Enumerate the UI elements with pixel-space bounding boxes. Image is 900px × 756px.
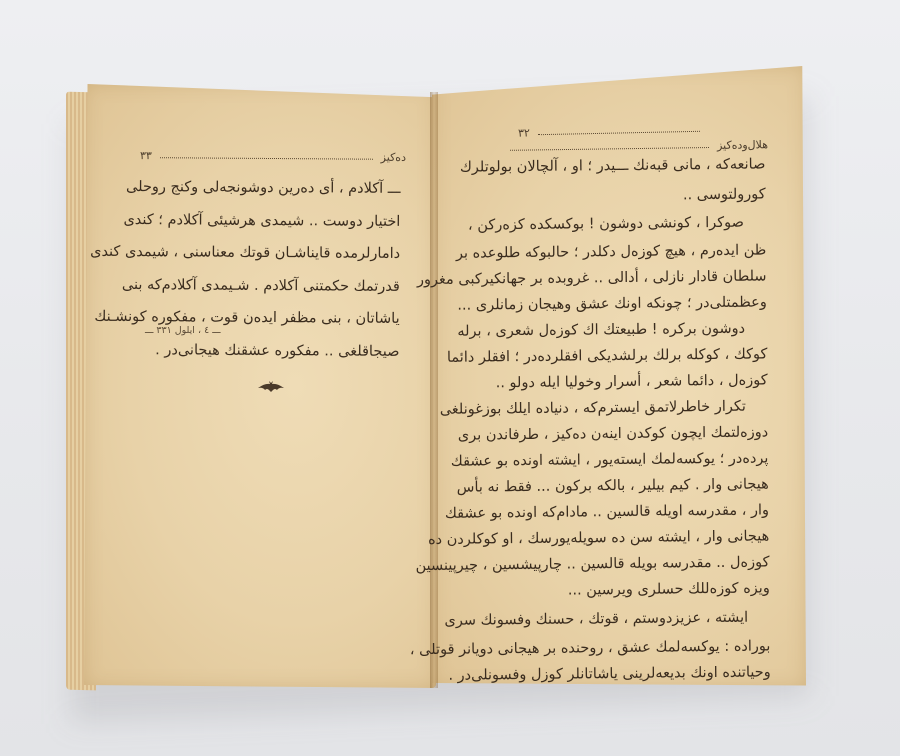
text-line: پرده‌در ؛ یوكسه‌لمك ایسته‌یور ، ایشته او… bbox=[470, 445, 768, 474]
book-gutter bbox=[430, 92, 438, 688]
text-line: دوشون بركره ! طبیعتك اك كوزه‌ل شعری ، بر… bbox=[469, 315, 767, 344]
bat-ornament-icon bbox=[257, 380, 285, 394]
text-line: صیجاقلغی .. مفكوره عشقنك هیجانی‌در . bbox=[137, 334, 399, 368]
text-line: وعظمتلی‌در ؛ چونكه اونك عشق وهیجان زمانل… bbox=[469, 289, 767, 318]
text-line: كوزه‌ل .. مقدرسه بویله قالسین .. چارپیشس… bbox=[471, 549, 769, 578]
text-line: هیجانی وار ، ایشته سن ده سویله‌یورسك ، ا… bbox=[471, 523, 769, 552]
date-line: ـــ ٤ ، ایلول ٣٣١ ـــ bbox=[145, 325, 221, 336]
text-line: كورولتوسی .. bbox=[468, 181, 766, 210]
text-line: دامارلرمده قایناشـان قوتك معناسنی ، شیمد… bbox=[138, 236, 400, 270]
left-page-header: ٣٣ ده‌كيز bbox=[140, 149, 406, 164]
text-line: كوزه‌ل ، دائما شعر ، أسرار وخولیا ایله د… bbox=[469, 367, 767, 396]
text-line: قدرتمك حكمتنی آكلادم . شـیمدی آكلادم‌كه … bbox=[138, 269, 400, 303]
text-line: ظن ایده‌رم ، هیچ كوزه‌ل دكلدر ؛ حالبوكه … bbox=[468, 237, 766, 266]
text-line: ـــ آكلادم ، أی ده‌رین دوشونجه‌لی وكنج ر… bbox=[138, 171, 400, 205]
left-running-head: ده‌كيز bbox=[381, 151, 406, 164]
text-line: وحیاتنده اونك بدیعه‌لرینی یاشاتانلر كوزل… bbox=[473, 659, 771, 688]
text-line: وار ، مقدرسه اویله قالسین .. مادام‌كه او… bbox=[471, 497, 769, 526]
text-line: هیجانی وار . كیم بیلیر ، بالكه بركون ...… bbox=[471, 471, 769, 500]
text-line: اختیار دوست .. شیمدی هرشیئی آكلادم ؛ كند… bbox=[138, 204, 400, 238]
left-page-text: ـــ آكلادم ، أی ده‌رین دوشونجه‌لی وكنج ر… bbox=[137, 171, 400, 368]
right-page-text: صانعه‌كه ، مانی قبه‌نك ـــیدر ؛ او ، آلچ… bbox=[467, 148, 771, 688]
text-line: صوكرا ، كونشی دوشون ! بوكسكده كزه‌ركن ، bbox=[468, 207, 766, 240]
photo-scene: ٣٣ ده‌كيز ـــ آكلادم ، أی ده‌رین دوشونجه… bbox=[0, 0, 900, 756]
text-line: كوكك ، كوكله برلك برلشدیكی افقلرده‌در ؛ … bbox=[469, 341, 767, 370]
text-line: سلطان قادار نازلی ، أدالی .. غروبده بر ج… bbox=[468, 263, 766, 292]
header-rule bbox=[160, 157, 373, 159]
right-page-number: ٣٢ bbox=[518, 126, 530, 139]
text-line: ویزه كوزه‌للك حسلری ویرسین ... bbox=[472, 575, 770, 604]
header-rule bbox=[538, 131, 700, 135]
text-line: صانعه‌كه ، مانی قبه‌نك ـــیدر ؛ او ، آلچ… bbox=[467, 148, 765, 184]
text-line: بوراده : یوكسه‌لمك عشق ، روحنده بر هیجان… bbox=[472, 633, 770, 662]
text-line: ایشته ، عزیزدوستم ، قوتك ، حسنك وفسونك س… bbox=[472, 601, 770, 636]
text-line: تكرار خاطرلاتمق ایسترم‌كه ، دنیاده ایلك … bbox=[470, 393, 768, 422]
text-line: دوزه‌لتمك ایچون كوكدن اینه‌ن ده‌كیز ، طر… bbox=[470, 419, 768, 448]
left-page-number: ٣٣ bbox=[140, 149, 152, 162]
